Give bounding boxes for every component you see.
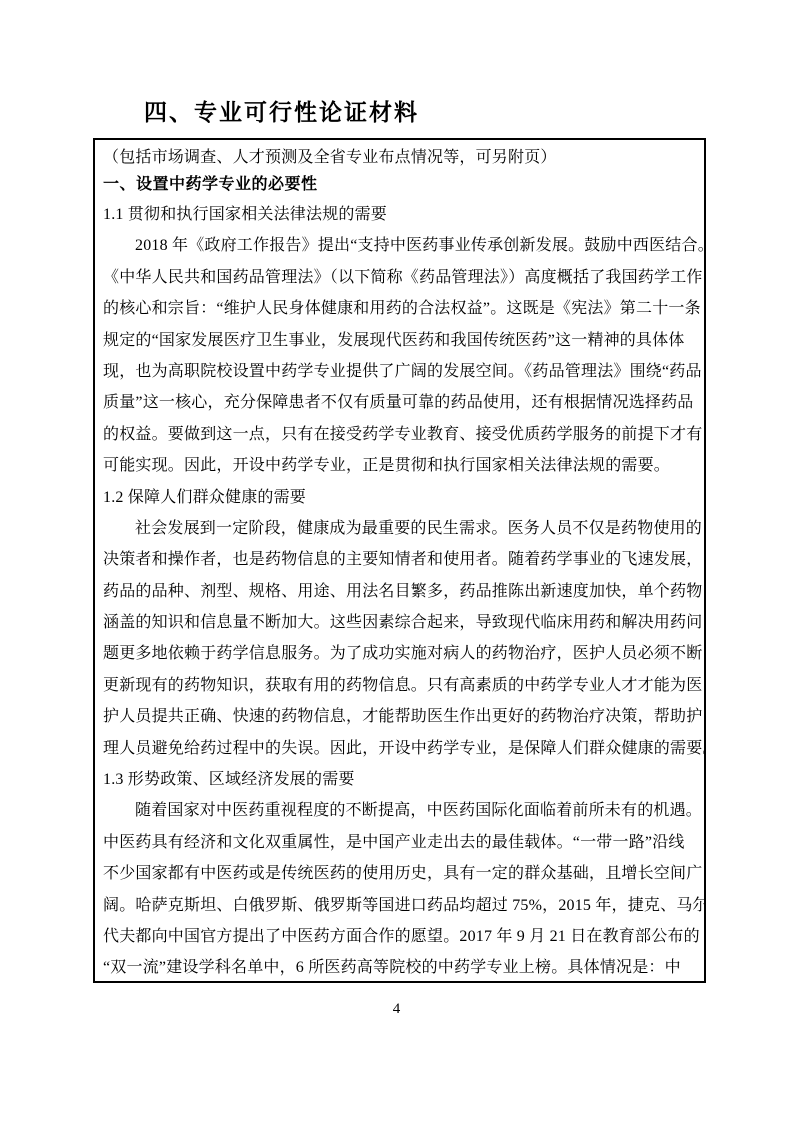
content-box: （包括市场调查、人才预测及全省专业布点情况等，可另附页）一、设置中药学专业的必要… <box>93 138 706 983</box>
document-line: 一、设置中药学专业的必要性 <box>103 171 698 199</box>
document-line: 涵盖的知识和信息量不断加大。这些因素综合起来，导致现代临床用药和解决用药问 <box>103 607 698 638</box>
document-line: 中医药具有经济和文化双重属性，是中国产业走出去的最佳载体。“一带一路”沿线 <box>103 827 698 858</box>
document-line: 质量”这一核心，充分保障患者不仅有质量可靠的药品使用，还有根据情况选择药品 <box>103 387 698 418</box>
document-line: 护人员提共正确、快速的药物信息，才能帮助医生作出更好的药物治疗决策，帮助护 <box>103 701 698 732</box>
document-line: 决策者和操作者，也是药物信息的主要知情者和使用者。随着药学事业的飞速发展， <box>103 544 698 575</box>
document-line: 1.2 保障人们群众健康的需要 <box>103 482 698 513</box>
document-line: 1.1 贯彻和执行国家相关法律法规的需要 <box>103 199 698 230</box>
document-line: 随着国家对中医药重视程度的不断提高，中医药国际化面临着前所未有的机遇。 <box>103 795 698 826</box>
document-line: 《中华人民共和国药品管理法》（以下简称《药品管理法》）高度概括了我国药学工作 <box>103 262 698 293</box>
document-line: “双一流”建设学科名单中，6 所医药高等院校的中药学专业上榜。具体情况是：中 <box>103 952 698 983</box>
document-line: 题更多地依赖于药学信息服务。为了成功实施对病人的药物治疗，医护人员必须不断 <box>103 638 698 669</box>
document-line: 2018 年《政府工作报告》提出“支持中医药事业传承创新发展。鼓励中西医结合。” <box>103 230 698 261</box>
document-line: 更新现有的药物知识，获取有用的药物信息。只有高素质的中药学专业人才才能为医 <box>103 670 698 701</box>
document-page: 四、专业可行性论证材料 （包括市场调查、人才预测及全省专业布点情况等，可另附页）… <box>0 0 793 1122</box>
document-line: 的核心和宗旨：“维护人民身体健康和用药的合法权益”。这既是《宪法》第二十一条 <box>103 293 698 324</box>
document-line: 社会发展到一定阶段，健康成为最重要的民生需求。医务人员不仅是药物使用的 <box>103 513 698 544</box>
document-line: 代夫都向中国官方提出了中医药方面合作的愿望。2017 年 9 月 21 日在教育… <box>103 921 698 952</box>
page-title: 四、专业可行性论证材料 <box>144 94 419 127</box>
document-line: （包括市场调查、人才预测及全省专业布点情况等，可另附页） <box>103 145 698 171</box>
document-line: 可能实现。因此，开设中药学专业，正是贯彻和执行国家相关法律法规的需要。 <box>103 450 698 481</box>
document-line: 规定的“国家发展医疗卫生事业，发展现代医药和我国传统医药”这一精神的具体体 <box>103 325 698 356</box>
document-line: 1.3 形势政策、区域经济发展的需要 <box>103 764 698 795</box>
document-line: 的权益。要做到这一点，只有在接受药学专业教育、接受优质药学服务的前提下才有 <box>103 419 698 450</box>
document-line: 现，也为高职院校设置中药学专业提供了广阔的发展空间。《药品管理法》围绕“药品 <box>103 356 698 387</box>
page-number: 4 <box>0 1001 793 1018</box>
document-line: 阔。哈萨克斯坦、白俄罗斯、俄罗斯等国进口药品均超过 75%，2015 年，捷克、… <box>103 890 698 921</box>
document-line: 理人员避免给药过程中的失误。因此，开设中药学专业，是保障人们群众健康的需要。 <box>103 733 698 764</box>
document-line: 不少国家都有中医药或是传统医药的使用历史，具有一定的群众基础，且增长空间广 <box>103 858 698 889</box>
document-line: 药品的品种、剂型、规格、用途、用法名目繁多，药品推陈出新速度加快，单个药物 <box>103 576 698 607</box>
